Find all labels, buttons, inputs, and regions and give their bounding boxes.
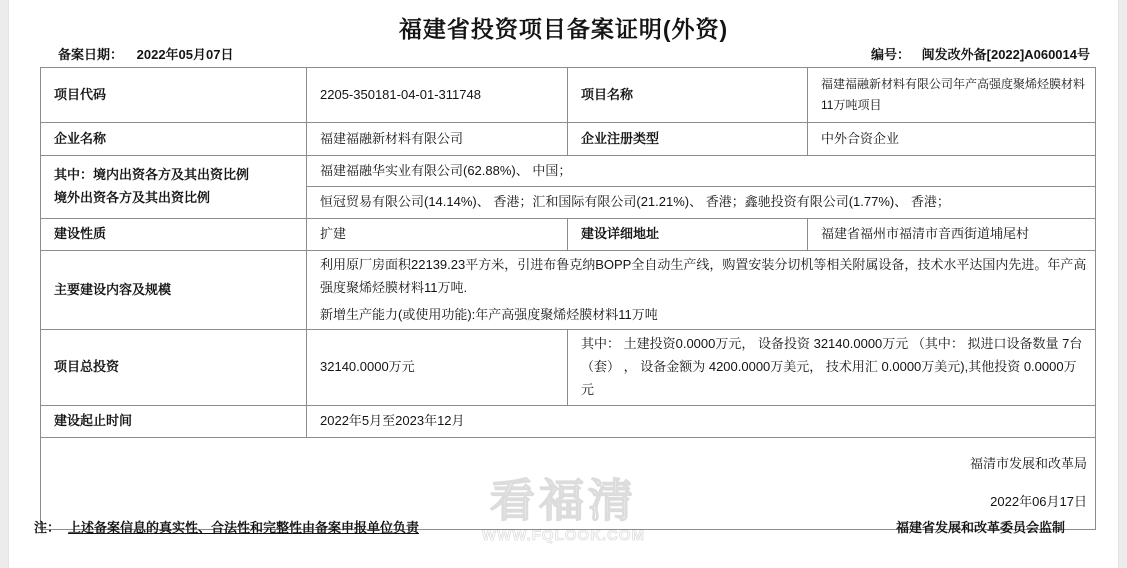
foreign-investors-value: 恒冠贸易有限公司(14.14%)、 香港；汇和国际有限公司(21.21%)、 香… — [307, 187, 1096, 219]
serial-value: 闽发改外备[2022]A060014号 — [922, 47, 1090, 62]
issue-date: 2022年06月17日 — [54, 491, 1087, 514]
table-row: 建设起止时间 2022年5月至2023年12月 — [41, 405, 1096, 437]
table-row: 福清市发展和改革局 2022年06月17日 — [41, 437, 1096, 529]
footer-supervisor: 福建省发展和改革委员会监制 — [896, 517, 1065, 536]
table-row: 其中：境内出资各方及其出资比例 境外出资各方及其出资比例 福建福融华实业有限公司… — [41, 156, 1096, 187]
project-name-label: 项目名称 — [568, 68, 808, 123]
table-row: 建设性质 扩建 建设详细地址 福建省福州市福清市音西街道埔尾村 — [41, 219, 1096, 251]
construction-period-value: 2022年5月至2023年12月 — [307, 405, 1096, 437]
signature-cell: 福清市发展和改革局 2022年06月17日 — [41, 437, 1096, 529]
filing-date-value: 2022年05月07日 — [137, 47, 234, 62]
issuing-authority: 福清市发展和改革局 — [54, 453, 1087, 476]
registration-type-value: 中外合资企业 — [808, 123, 1096, 156]
main-content-para2: 新增生产能力(或使用功能):年产高强度聚烯烃膜材料11万吨 — [320, 304, 1087, 327]
construction-period-label: 建设起止时间 — [41, 405, 307, 437]
construction-nature-value: 扩建 — [307, 219, 568, 251]
enterprise-name-value: 福建福融新材料有限公司 — [307, 123, 568, 156]
domestic-investors-value: 福建福融华实业有限公司(62.88%)、 中国； — [307, 156, 1096, 187]
project-code-label: 项目代码 — [41, 68, 307, 123]
filing-date-label: 备案日期： — [58, 47, 123, 62]
main-content-value: 利用原厂房面积22139.23平方米，引进布鲁克纳BOPP全自动生产线，购置安装… — [307, 251, 1096, 330]
address-label: 建设详细地址 — [568, 219, 808, 251]
page-title: 福建省投资项目备案证明(外资) — [0, 11, 1127, 44]
project-code-value: 2205-350181-04-01-311748 — [307, 68, 568, 123]
address-value: 福建省福州市福清市音西街道埔尾村 — [808, 219, 1096, 251]
investment-breakdown-value: 其中： 土建投资0.0000万元， 设备投资 32140.0000万元 （其中：… — [568, 330, 1096, 405]
table-row: 项目总投资 32140.0000万元 其中： 土建投资0.0000万元， 设备投… — [41, 330, 1096, 405]
main-content-label: 主要建设内容及规模 — [41, 251, 307, 330]
table-row: 主要建设内容及规模 利用原厂房面积22139.23平方米，引进布鲁克纳BOPP全… — [41, 251, 1096, 330]
enterprise-name-label: 企业名称 — [41, 123, 307, 156]
table-row: 企业名称 福建福融新材料有限公司 企业注册类型 中外合资企业 — [41, 123, 1096, 156]
total-investment-label: 项目总投资 — [41, 330, 307, 405]
window-right-edge — [1118, 0, 1127, 568]
serial-label: 编号： — [871, 47, 910, 62]
filing-table: 项目代码 2205-350181-04-01-311748 项目名称 福建福融新… — [40, 67, 1096, 530]
investors-label: 其中：境内出资各方及其出资比例 境外出资各方及其出资比例 — [41, 156, 307, 219]
total-investment-value: 32140.0000万元 — [307, 330, 568, 405]
project-name-value: 福建福融新材料有限公司年产高强度聚烯烃膜材料11万吨项目 — [808, 68, 1096, 123]
footer-note-body: 上述备案信息的真实性、合法性和完整性由备案申报单位负责 — [68, 520, 419, 535]
footer-note-prefix: 注： — [34, 520, 60, 535]
serial-line: 编号： 闽发改外备[2022]A060014号 — [871, 44, 1090, 63]
window-left-edge — [0, 0, 9, 568]
main-content-para1: 利用原厂房面积22139.23平方米，引进布鲁克纳BOPP全自动生产线，购置安装… — [320, 254, 1087, 300]
filing-date-line: 备案日期： 2022年05月07日 — [58, 44, 233, 63]
registration-type-label: 企业注册类型 — [568, 123, 808, 156]
footer-note: 注：上述备案信息的真实性、合法性和完整性由备案申报单位负责 — [34, 517, 419, 536]
table-row: 项目代码 2205-350181-04-01-311748 项目名称 福建福融新… — [41, 68, 1096, 123]
construction-nature-label: 建设性质 — [41, 219, 307, 251]
